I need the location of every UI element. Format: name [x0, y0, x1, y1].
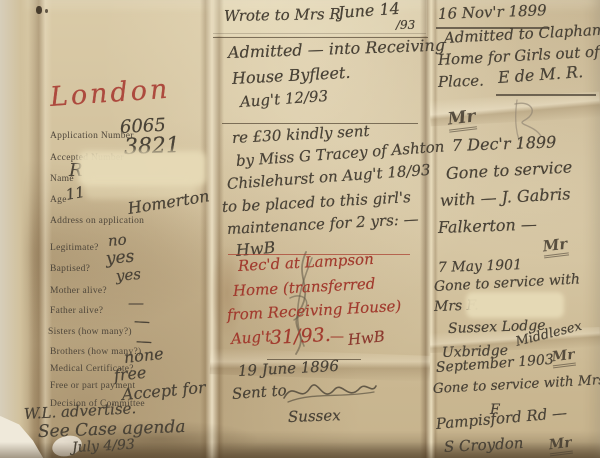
monogram-2: Mr [542, 237, 569, 259]
may1901-line2: Gone to service with [434, 272, 581, 294]
monogram-3: Mr [551, 348, 576, 369]
sep1903-line4: Pampisford Rd — [435, 406, 567, 432]
dec1899-line4: Falkerton — [438, 217, 537, 236]
employer-redaction [470, 296, 560, 314]
monogram-4: Mr [548, 436, 573, 457]
monogram-1: Mr [447, 108, 477, 132]
nov1899-signature: E de M. R. [497, 64, 583, 86]
nov1899-line3: Place. [438, 73, 484, 90]
sep1903-line2: Gone to service with Mrs [433, 374, 600, 397]
dec1899-line2: Gone to service [446, 159, 573, 182]
dec1899-line1: 7 Dec'r 1899 [452, 134, 557, 154]
may1901-line1: 7 May 1901 [438, 258, 522, 275]
document-scan: London Application Number 6065 Accepted … [0, 0, 600, 458]
dec1899-line3: with — J. Gabris [440, 186, 571, 209]
right-panel: 16 Nov'r 1899 Admitted to Clapham Home f… [0, 0, 600, 458]
nov1899-date: 16 Nov'r 1899 [438, 3, 547, 22]
signature-underline [496, 94, 596, 96]
sep1903-line5: S Croydon [444, 436, 524, 455]
